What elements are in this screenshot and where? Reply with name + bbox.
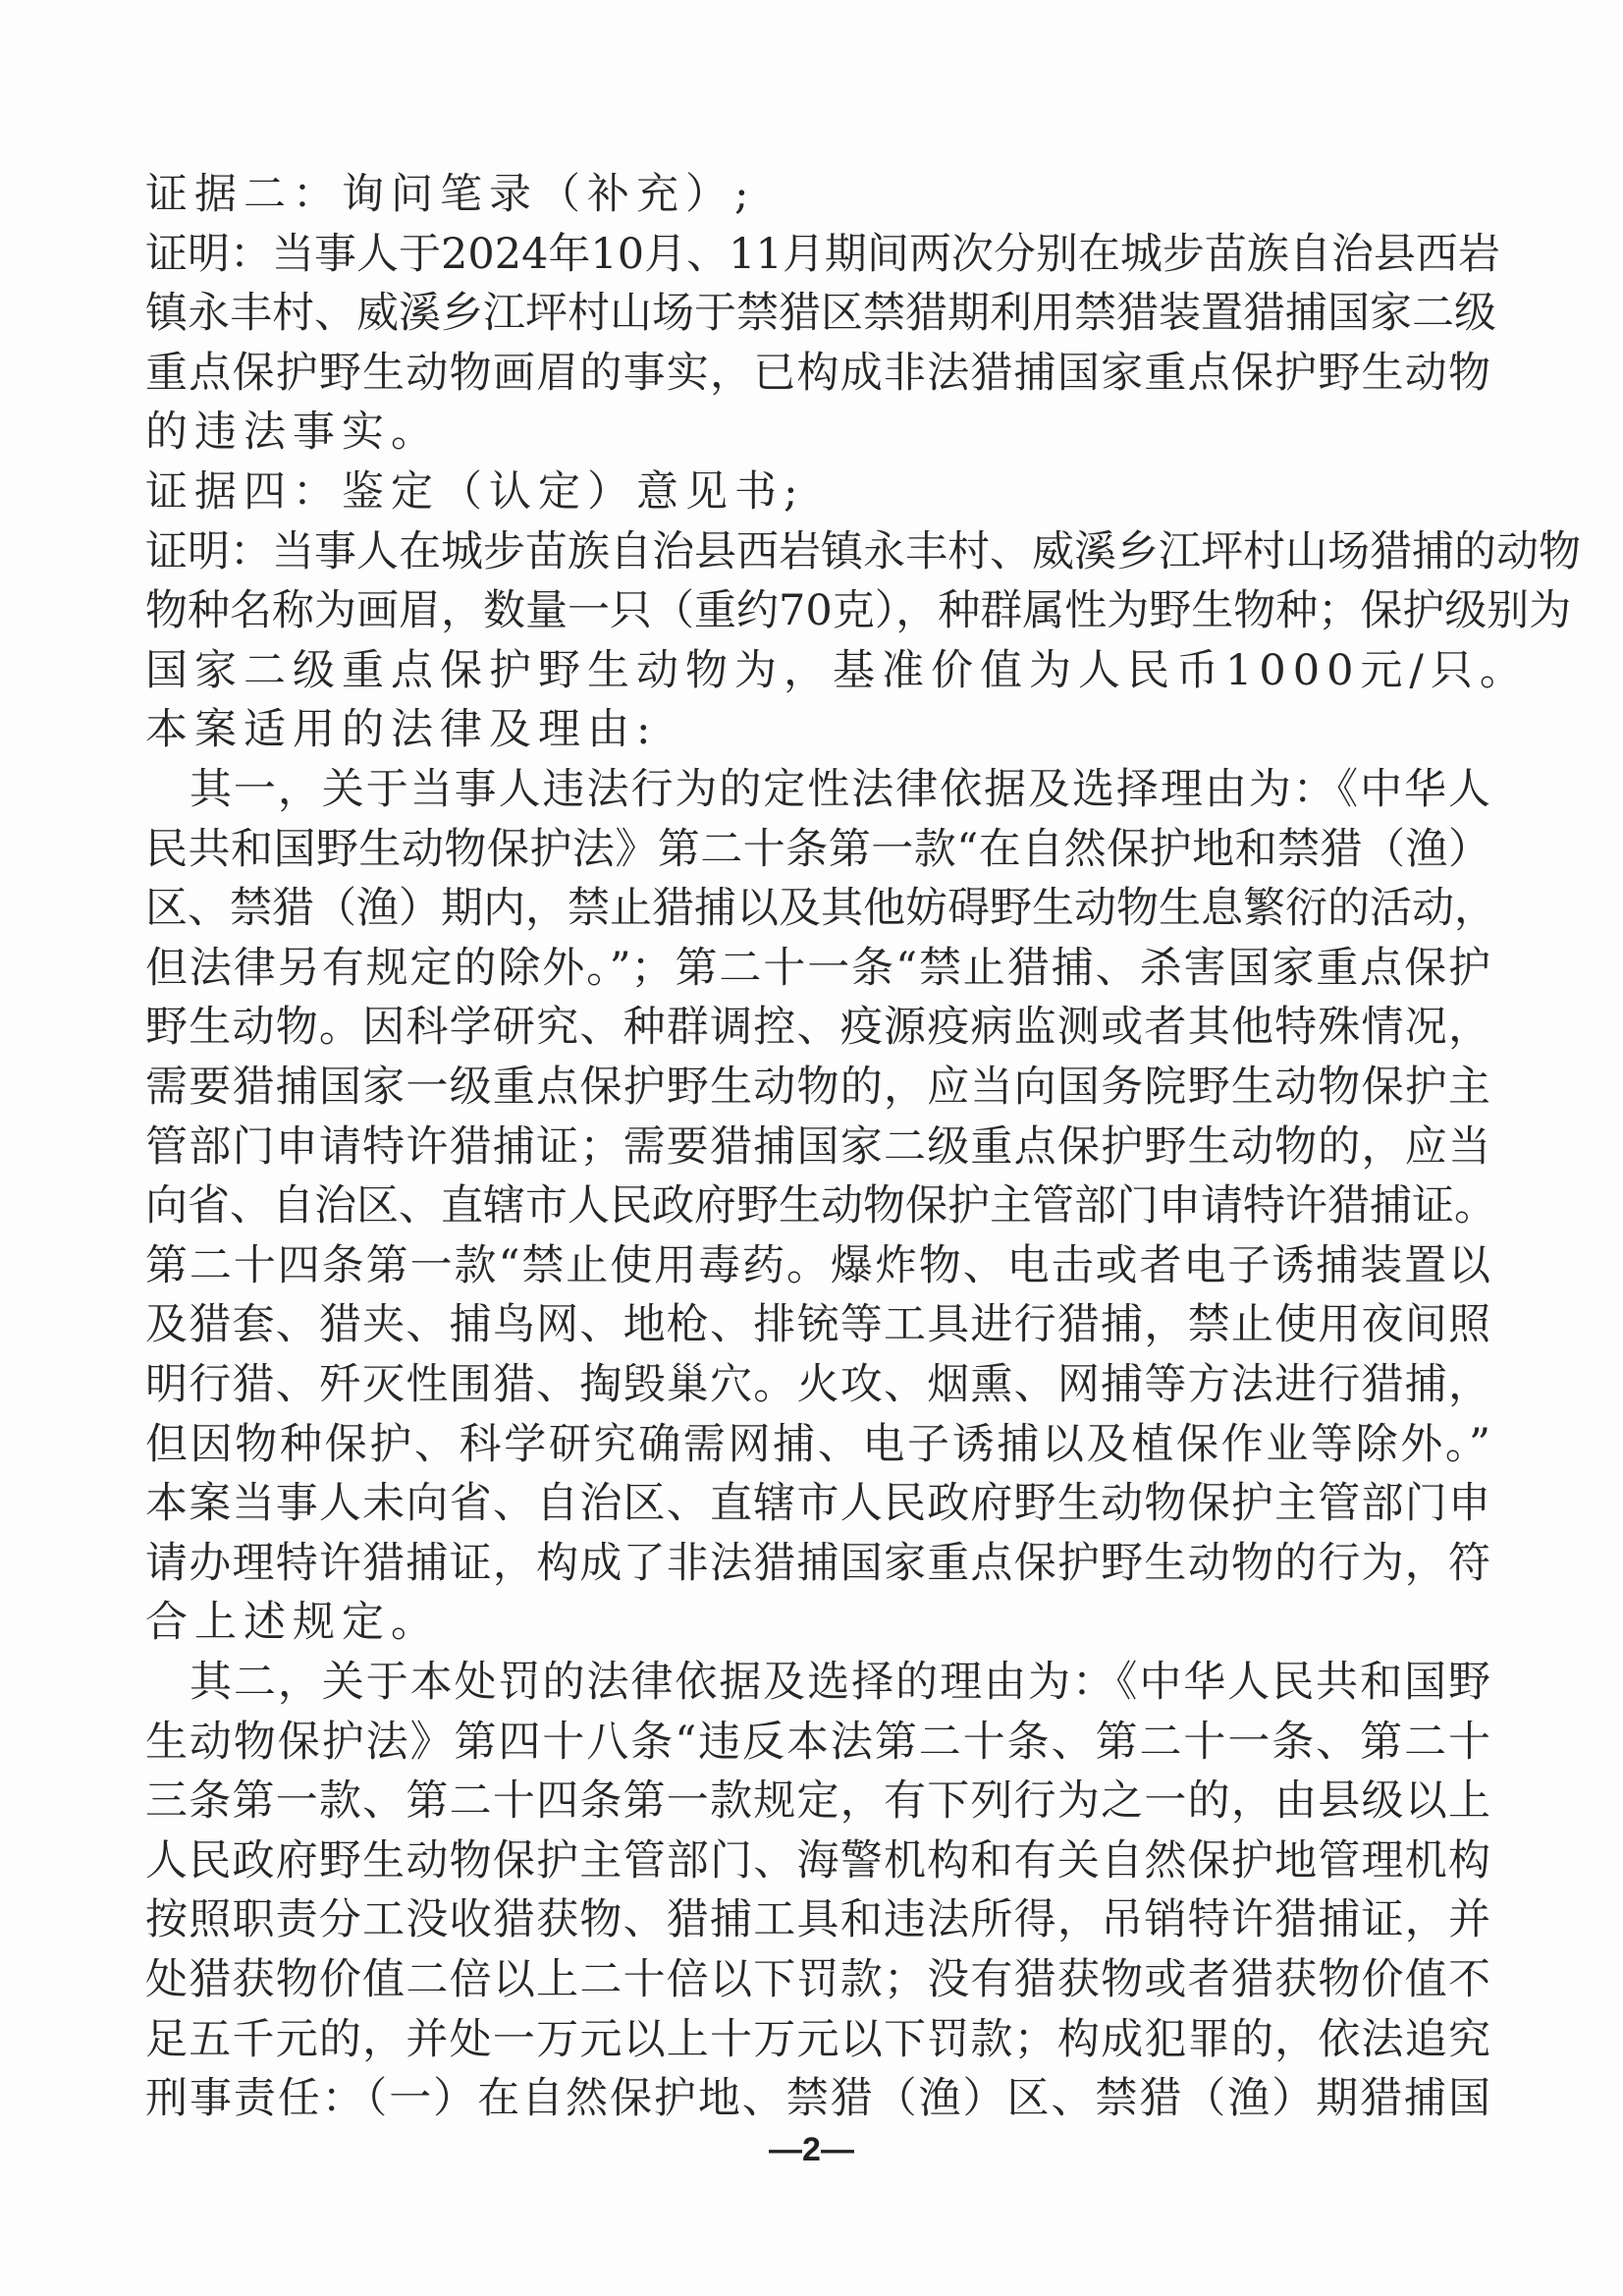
text-line: 及猎套、猎夹、捕鸟网、地枪、排铳等工具进行猎捕，禁止使用夜间照 <box>145 1295 1490 1354</box>
text-line: 按照职责分工没收猎获物、猎捕工具和违法所得，吊销特许猎捕证，并 <box>145 1890 1490 1949</box>
text-line: 但因物种保护、科学研究确需网捕、电子诱捕以及植保作业等除外。” <box>145 1415 1490 1474</box>
text-line: 其二，关于本处罚的法律依据及选择的理由为：《中华人民共和国野 <box>145 1653 1490 1712</box>
text-line: 管部门申请特许猎捕证；需要猎捕国家二级重点保护野生动物的，应当 <box>145 1118 1490 1176</box>
text-line: 区、禁猎（渔）期内，禁止猎捕以及其他妨碍野生动物生息繁衍的活动， <box>145 879 1490 938</box>
text-line: 生动物保护法》第四十八条“违反本法第二十条、第二十一条、第二十 <box>145 1713 1490 1772</box>
text-line: 民共和国野生动物保护法》第二十条第一款“在自然保护地和禁猎（渔） <box>145 820 1490 879</box>
text-line: 第二十四条第一款“禁止使用毒药。爆炸物、电击或者电子诱捕装置以 <box>145 1236 1490 1295</box>
text-line: 需要猎捕国家一级重点保护野生动物的，应当向国务院野生动物保护主 <box>145 1058 1490 1117</box>
text-line: 向省、自治区、直辖市人民政府野生动物保护主管部门申请特许猎捕证。 <box>145 1176 1490 1235</box>
text-line: 人民政府野生动物保护主管部门、海警机构和有关自然保护地管理机构 <box>145 1831 1490 1890</box>
page-number: —2— <box>0 2131 1623 2169</box>
text-line: 的违法事实。 <box>145 403 1490 462</box>
text-line: 镇永丰村、威溪乡江坪村山场于禁猎区禁猎期利用禁猎装置猎捕国家二级 <box>145 284 1490 343</box>
text-line: 野生动物。因科学研究、种群调控、疫源疫病监测或者其他特殊情况， <box>145 998 1490 1057</box>
text-line: 足五千元的，并处一万元以上十万元以下罚款；构成犯罪的，依法追究 <box>145 2010 1490 2069</box>
text-line: 但法律另有规定的除外。”；第二十一条“禁止猎捕、杀害国家重点保护 <box>145 939 1490 998</box>
text-line: 证据二：询问笔录（补充）; <box>145 165 1490 224</box>
text-line: 刑事责任：（一）在自然保护地、禁猎（渔）区、禁猎（渔）期猎捕国 <box>145 2069 1490 2128</box>
text-line: 三条第一款、第二十四条第一款规定，有下列行为之一的，由县级以上 <box>145 1772 1490 1831</box>
text-line: 物种名称为画眉，数量一只（重约70克），种群属性为野生物种；保护级别为 <box>145 581 1490 640</box>
text-line: 证据四：鉴定（认定）意见书; <box>145 463 1490 521</box>
text-line: 国家二级重点保护野生动物为，基准价值为人民币1000元/只。 <box>145 641 1490 700</box>
text-line: 重点保护野生动物画眉的事实，已构成非法猎捕国家重点保护野生动物 <box>145 344 1490 403</box>
text-line: 证明：当事人在城步苗族自治县西岩镇永丰村、威溪乡江坪村山场猎捕的动物 <box>145 522 1490 581</box>
text-line: 其一，关于当事人违法行为的定性法律依据及选择理由为：《中华人 <box>145 760 1490 819</box>
text-line: 本案适用的法律及理由: <box>145 700 1490 759</box>
document-page: 证据二：询问笔录（补充）;证明：当事人于2024年10月、11月期间两次分别在城… <box>0 0 1623 2296</box>
text-line: 本案当事人未向省、自治区、直辖市人民政府野生动物保护主管部门申 <box>145 1474 1490 1533</box>
text-line: 处猎获物价值二倍以上二十倍以下罚款；没有猎获物或者猎获物价值不 <box>145 1950 1490 2009</box>
text-line: 请办理特许猎捕证，构成了非法猎捕国家重点保护野生动物的行为，符 <box>145 1534 1490 1593</box>
text-line: 明行猎、歼灭性围猎、掏毁巢穴。火攻、烟熏、网捕等方法进行猎捕， <box>145 1355 1490 1414</box>
text-line: 合上述规定。 <box>145 1593 1490 1652</box>
text-line: 证明：当事人于2024年10月、11月期间两次分别在城步苗族自治县西岩 <box>145 225 1490 284</box>
